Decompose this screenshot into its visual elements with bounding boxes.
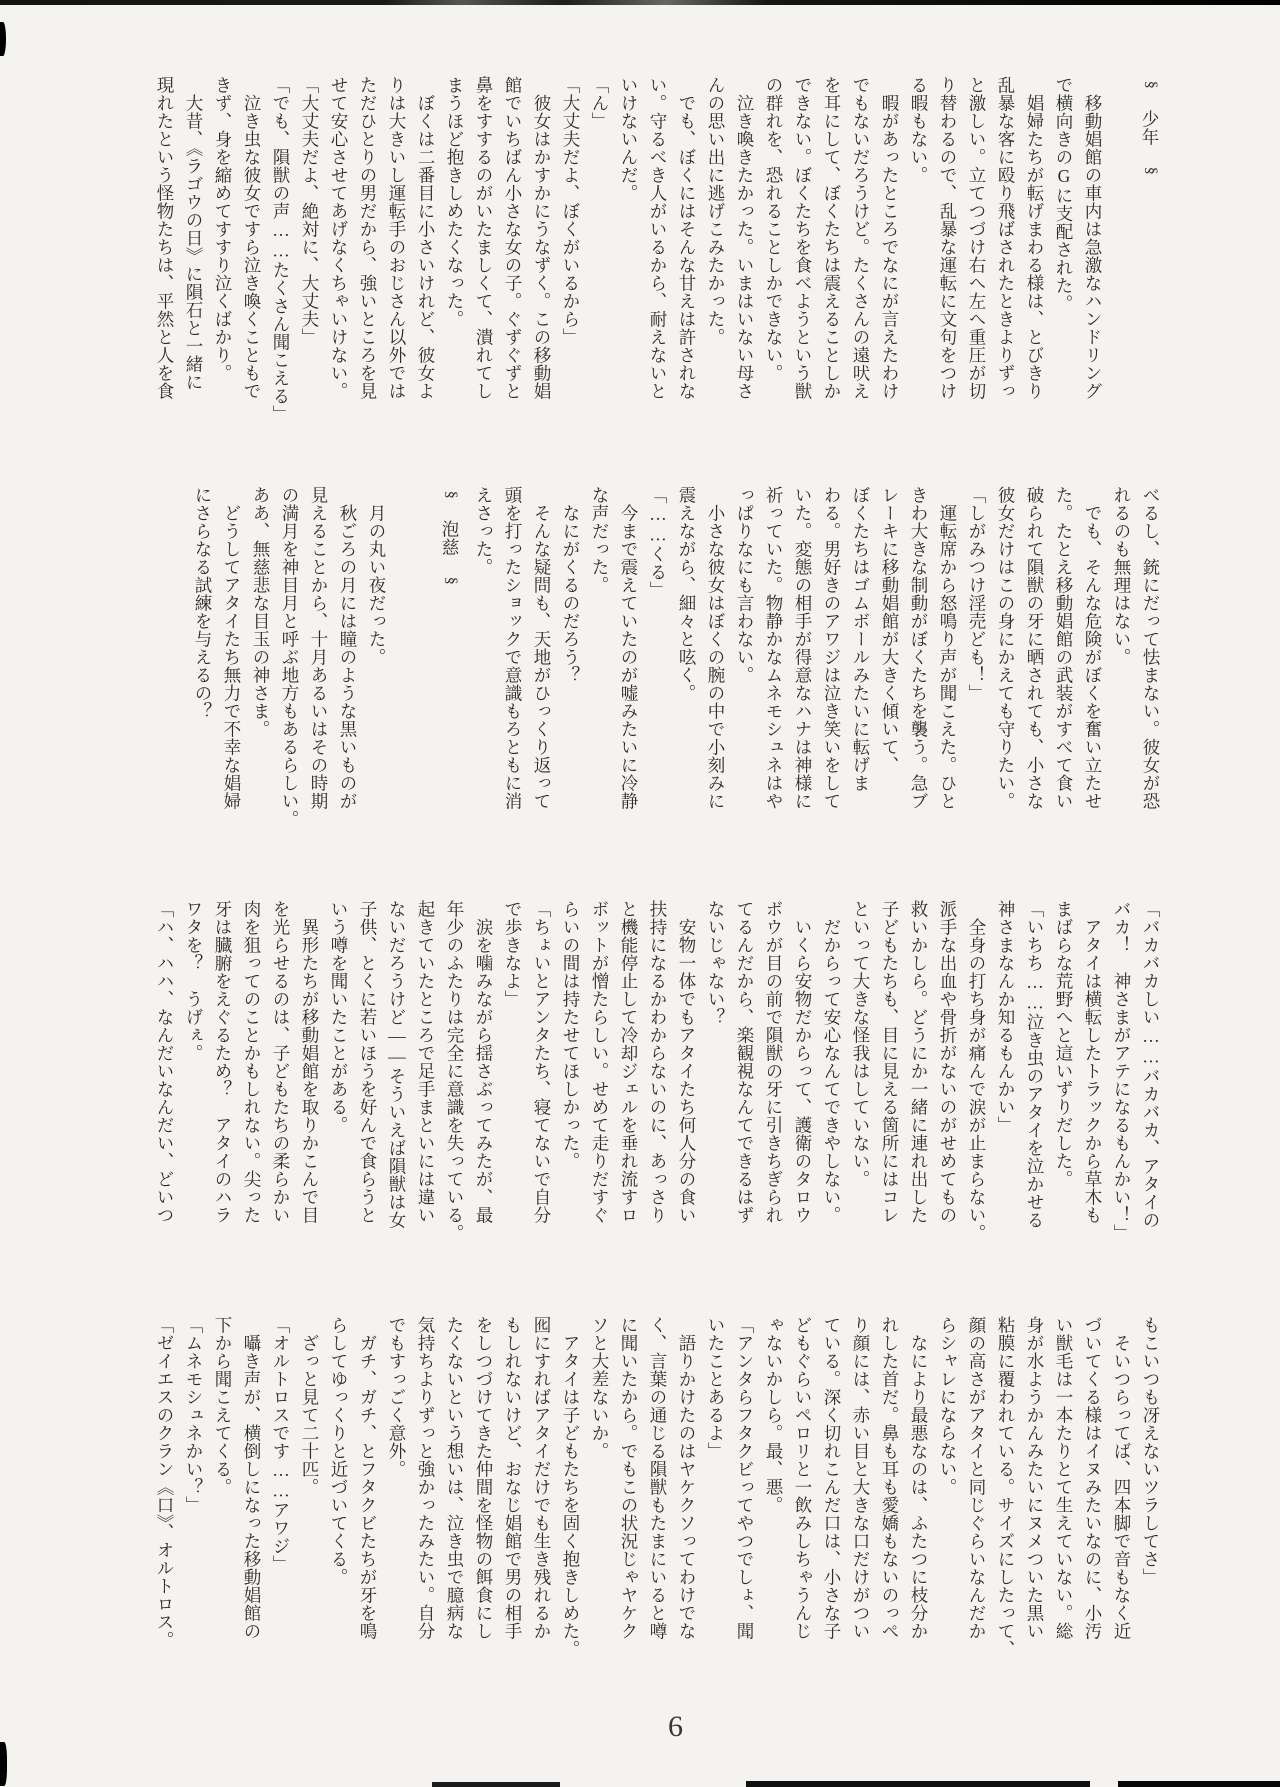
text-column: べるし、銃にだって怯まない。彼女が恐 <box>1136 486 1165 848</box>
text-column: ワタを？ うげぇ。 <box>179 900 208 1262</box>
text-column: 泣き喚きたかった。いまはいない母さ <box>730 76 759 438</box>
text-column: いた。変態の相手が得意なハナは神様に <box>788 486 817 848</box>
text-column: ああ、無慈悲な目玉の神さま。 <box>246 486 275 848</box>
scan-edge-bottom-segment-2 <box>746 1781 1090 1787</box>
text-column: 今まで震えていたのが嘘みたいに冷静 <box>614 486 643 848</box>
text-band-1: §少年§ 移動娼館の車内は急激なハンドリングで横向きのGに支配された。 娼婦たち… <box>150 76 1165 438</box>
section-mark-icon: § <box>442 480 460 509</box>
text-column: れるのも無理はない。 <box>1107 486 1136 848</box>
text-column: 囮にすればアタイだけでも生き残れるか <box>527 1316 556 1678</box>
text-column: りは大きいし運転手のおじさん以外では <box>382 76 411 438</box>
text-column: 派手な出血や骨折がないのがせめてもの <box>933 900 962 1262</box>
text-column: 全身の打ち身が痛んで涙が止まらない。 <box>962 900 991 1262</box>
text-column: 鼻をすするのがいたましくて、潰れてし <box>469 76 498 438</box>
text-column: 肉を狙ってのことかもしれない。尖った <box>237 900 266 1262</box>
text-column: 彼女だけはこの身にかえても守りたい。 <box>991 486 1020 848</box>
text-column: 泣き虫な彼女ですら泣き喚くこともで <box>237 76 266 438</box>
text-column: 「オルトロスです……アワジ」 <box>266 1316 295 1678</box>
text-band-3: 「バカバカしい……バカバカ、アタイのバカ！ 神さまがアテになるもんかい！」 アタ… <box>150 900 1165 1262</box>
text-column: 神さまなんか知るもんかい」 <box>991 900 1020 1262</box>
text-column: いくら安物だからって、護衛のタロウ <box>788 900 817 1262</box>
text-column: 扶持になるかわからないのに、あっさり <box>643 900 672 1262</box>
text-column: 大昔、《ラゴウの日》に隕石と一緒に <box>179 76 208 438</box>
text-column: 「ムネモシュネかい？」 <box>179 1316 208 1678</box>
scan-edge-top <box>0 0 1280 5</box>
text-column: 「ちょいとアンタたち、寝てないで自分 <box>527 900 556 1262</box>
text-column: そんな疑問も、天地がひっくり返って <box>527 486 556 848</box>
text-column: り替わるので、乱暴な運転に文句をつけ <box>933 76 962 438</box>
text-column: まばらな荒野へと這いずりだした。 <box>1049 900 1078 1262</box>
text-column: 子どもたちも、目に見える箇所にはコレ <box>875 900 904 1262</box>
text-column: り顔には、赤い目と大きな口だけがつい <box>846 1316 875 1678</box>
text-column: ている。深く切れこんだ口は、小さな子 <box>817 1316 846 1678</box>
page-number: 6 <box>668 1710 684 1744</box>
text-column: 暇があったところでなにが言えたわけ <box>875 76 904 438</box>
text-column: 囁き声が、横倒しになった移動娼館の <box>237 1316 266 1678</box>
text-column: えさった。 <box>469 486 498 848</box>
text-column: 館でいちばん小さな女の子。ぐずぐずと <box>498 76 527 438</box>
text-column: らシャレにならない。 <box>933 1316 962 1678</box>
text-column: 「いちち……泣き虫のアタイを泣かせる <box>1020 900 1049 1262</box>
text-column: でもすっごく意外。 <box>382 1316 411 1678</box>
text-column: きわ大きな制動がぼくたちを襲う。急ブ <box>904 486 933 848</box>
text-column: アタイは子どもたちを固く抱きしめた。 <box>556 1316 585 1678</box>
text-column: 異形たちが移動娼館を取りかこんで目 <box>295 900 324 1262</box>
text-column: い獣毛は一本たりとて生えていない。総 <box>1049 1316 1078 1678</box>
section-title: 少年 <box>1135 110 1164 146</box>
text-column: ないだろうけど——そういえば隕獣は女 <box>382 900 411 1262</box>
text-column: の群れを、恐れることしかできない。 <box>759 76 788 438</box>
text-column: 現れたという怪物たちは、平然と人を食 <box>150 76 179 438</box>
text-column: でも、そんな危険がぼくを奮い立たせ <box>1078 486 1107 848</box>
text-column: の満月を神目月と呼ぶ地方もあるらしい。 <box>275 486 304 848</box>
text-column: きず、身を縮めてすすり泣くばかり。 <box>208 76 237 438</box>
text-column: る暇もない。 <box>904 76 933 438</box>
text-column: だからって安心なんてできやしない。 <box>817 900 846 1262</box>
text-column: でもないだろうけど。たくさんの遠吠え <box>846 76 875 438</box>
text-column: 「ハ、ハハ、なんだいなんだい、どいつ <box>150 900 179 1262</box>
text-column: まうほど抱きしめたくなった。 <box>440 76 469 438</box>
text-column: を光らせるのは、子どもたちの柔らかい <box>266 900 295 1262</box>
text-column: アタイは横転したトラックから草木も <box>1078 900 1107 1262</box>
text-column: ざっと見て二十匹。 <box>295 1316 324 1678</box>
text-column: でも、ぼくにはそんな甘えは許されな <box>672 76 701 438</box>
text-column: 「でも、隕獣の声……たくさん聞こえる」 <box>266 76 295 438</box>
text-column: んの思い出に逃げこみたかった。 <box>701 76 730 438</box>
text-band-2: べるし、銃にだって怯まない。彼女が恐れるのも無理はない。 でも、そんな危険がぼく… <box>188 486 1165 848</box>
text-column: 粘膜に覆われている。サイズにしたって、 <box>991 1316 1020 1678</box>
text-column: と機能停止して冷却ジェルを垂れ流すロ <box>614 900 643 1262</box>
text-column: もしれないけど、おなじ娼館で男の相手 <box>498 1316 527 1678</box>
text-column: らしてゆっくりと近づいてくる。 <box>324 1316 353 1678</box>
text-column: 「大丈夫だよ、ぼくがいるから」 <box>556 76 585 438</box>
text-column: どもぐらいペロリと一飲みしちゃうんじ <box>788 1316 817 1678</box>
scan-artifact-left-top <box>0 22 6 56</box>
text-column: なにがくるのだろう？ <box>556 486 585 848</box>
text-column: 運転席から怒鳴り声が聞こえた。ひと <box>933 486 962 848</box>
text-column: いけないんだ。 <box>614 76 643 438</box>
text-column: ボットが憎たらしい。せめて走りだすぐ <box>585 900 614 1262</box>
scan-artifact-left-bottom <box>0 1742 7 1786</box>
text-column: レーキに移動娼館が大きく傾いて、 <box>875 486 904 848</box>
text-column: で歩きなよ」 <box>498 900 527 1262</box>
text-column: に聞いたから。でもこの状況じゃヤケク <box>614 1316 643 1678</box>
text-column: どうしてアタイたち無力で不幸な娼婦 <box>217 486 246 848</box>
text-column: く、言葉の通じる隕獣もたまにいると噂 <box>643 1316 672 1678</box>
text-column: 「しがみつけ淫売ども！」 <box>962 486 991 848</box>
text-column: 牙は臓腑をえぐるため？ アタイのハラ <box>208 900 237 1262</box>
text-column: にさらなる試練を与えるの？ <box>188 486 217 848</box>
text-column: らいの間は持たせてほしかった。 <box>556 900 585 1262</box>
text-column: なにより最悪なのは、ふたつに枝分か <box>904 1316 933 1678</box>
text-column: いたことあるよ」 <box>701 1316 730 1678</box>
scan-edge-bottom-segment-1 <box>432 1782 560 1787</box>
text-column: できない。ぼくたちを食べようという獣 <box>788 76 817 438</box>
text-column: ただひとりの男だから、強いところを見 <box>353 76 382 438</box>
text-column: 祈っていた。物静かなムネモシュネはや <box>759 486 788 848</box>
text-column: 下から聞こえてくる。 <box>208 1316 237 1678</box>
scanned-book-page: §少年§ 移動娼館の車内は急激なハンドリングで横向きのGに支配された。 娼婦たち… <box>0 0 1280 1787</box>
text-column: 「大丈夫だよ、絶対に、大丈夫」 <box>295 76 324 438</box>
text-column: 小さな彼女はぼくの腕の中で小刻みに <box>701 486 730 848</box>
text-column: を耳にして、ぼくたちは震えることしか <box>817 76 846 438</box>
text-column: たくないという想いは、泣き虫で臆病な <box>440 1316 469 1678</box>
text-column: 救いかしら。どうにか一緒に連れ出した <box>904 900 933 1262</box>
text-column: 秋ごろの月には瞳のような黒いものが <box>333 486 362 848</box>
text-column: 涙を噛みながら揺さぶってみたが、最 <box>469 900 498 1262</box>
scan-edge-bottom-segment-3 <box>1118 1781 1280 1787</box>
band-3-columns: 「バカバカしい……バカバカ、アタイのバカ！ 神さまがアテになるもんかい！」 アタ… <box>150 900 1165 1262</box>
text-column: 見えることから、十月あるいはその時期 <box>304 486 333 848</box>
text-column: 震えながら、細々と呟く。 <box>672 486 701 848</box>
text-column: ないじゃない？ <box>701 900 730 1262</box>
text-column: をしつづけてきた仲間を怪物の餌食にし <box>469 1316 498 1678</box>
text-column: ゃないかしら。最、悪。 <box>759 1316 788 1678</box>
text-column: てるんだから、楽観視なんてできるはず <box>730 900 759 1262</box>
text-column: ボウが目の前で隕獣の牙に引きちぎられ <box>759 900 788 1262</box>
text-column: ガチ、ガチ、とフタクビたちが牙を鳴 <box>353 1316 382 1678</box>
text-column: 顔の高さがアタイと同じぐらいなんだか <box>962 1316 991 1678</box>
text-column: 「……くる」 <box>643 486 672 848</box>
section-mark-icon: § <box>442 566 460 595</box>
text-column: せて安心させてあげなくちゃいけない。 <box>324 76 353 438</box>
section-header-shonen: §少年§ <box>1135 76 1165 438</box>
text-column: ぼくは二番目に小さいけれど、彼女よ <box>411 76 440 438</box>
section-mark-icon: § <box>1142 70 1160 99</box>
text-column: で横向きのGに支配された。 <box>1049 76 1078 438</box>
text-column: バカ！ 神さまがアテになるもんかい！」 <box>1107 900 1136 1262</box>
text-band-4: もこいつも冴えないツラしてさ」 そいつらってば、四本脚で音もなく近づいてくる様は… <box>150 1316 1165 1678</box>
text-column: ソと大差ないか。 <box>585 1316 614 1678</box>
text-column: 気持ちよりずっと強かったみたい。自分 <box>411 1316 440 1678</box>
text-column: い。守るべき人がいるから、耐えないと <box>643 76 672 438</box>
text-column: 起きていたところで足手まといには違い <box>411 900 440 1262</box>
text-column: 頭を打ったショックで意識もろともに消 <box>498 486 527 848</box>
text-column: れした首だ。鼻も耳も愛嬌もないのっぺ <box>875 1316 904 1678</box>
text-column: た。たとえ移動娼館の武装がすべて食い <box>1049 486 1078 848</box>
text-column: 「バカバカしい……バカバカ、アタイの <box>1136 900 1165 1262</box>
text-column: 子供、とくに若いほうを好んで食らうと <box>353 900 382 1262</box>
band-2-columns-after-header: 月の丸い夜だった。 秋ごろの月には瞳のような黒いものが見えることから、十月あるい… <box>188 486 391 848</box>
text-column: といって大きな怪我はしていない。 <box>846 900 875 1262</box>
text-column: 娼婦たちが転げまわる様は、とびきり <box>1020 76 1049 438</box>
section-title: 泡慈 <box>435 520 464 556</box>
text-column: な声だった。 <box>585 486 614 848</box>
text-column: っぱりなにも言わない。 <box>730 486 759 848</box>
band-1-columns: 移動娼館の車内は急激なハンドリングで横向きのGに支配された。 娼婦たちが転げまわ… <box>150 76 1107 438</box>
section-mark-icon: § <box>1142 156 1160 185</box>
text-column: いう噂を聞いたことがある。 <box>324 900 353 1262</box>
text-column: そいつらってば、四本脚で音もなく近 <box>1107 1316 1136 1678</box>
text-column: ぼくたちはゴムボールみたいに転げま <box>846 486 875 848</box>
text-column: 「ん」 <box>585 76 614 438</box>
text-column: 破られて隕獣の牙に晒されても、小さな <box>1020 486 1049 848</box>
band-2-columns-before-header: べるし、銃にだって怯まない。彼女が恐れるのも無理はない。 でも、そんな危険がぼく… <box>469 486 1165 848</box>
text-column: 「ゼイエスのクラン《口》、オルトロス。 <box>150 1316 179 1678</box>
band-4-columns: もこいつも冴えないツラしてさ」 そいつらってば、四本脚で音もなく近づいてくる様は… <box>150 1316 1165 1678</box>
text-column: 月の丸い夜だった。 <box>362 486 391 848</box>
text-column: わる。男好きのアワジは泣き笑いをして <box>817 486 846 848</box>
text-column: 身が水ようかんみたいにヌメついた黒い <box>1020 1316 1049 1678</box>
text-column: 「アンタらフタクビってやつでしょ、聞 <box>730 1316 759 1678</box>
text-column: 乱暴な客に殴り飛ばされたときよりずっ <box>991 76 1020 438</box>
text-column: 年少のふたりは完全に意識を失っている。 <box>440 900 469 1262</box>
text-column: 彼女はかすかにうなずく。この移動娼 <box>527 76 556 438</box>
text-column: 安物一体でもアタイたち何人分の食い <box>672 900 701 1262</box>
text-column: と激しい。立てつづけ右へ左へ重圧が切 <box>962 76 991 438</box>
text-column: 語りかけたのはヤケクソってわけでな <box>672 1316 701 1678</box>
text-column: づいてくる様はイヌみたいなのに、小汚 <box>1078 1316 1107 1678</box>
text-column: 移動娼館の車内は急激なハンドリング <box>1078 76 1107 438</box>
text-column: もこいつも冴えないツラしてさ」 <box>1136 1316 1165 1678</box>
section-header-awaji: §泡慈§ <box>435 486 465 848</box>
